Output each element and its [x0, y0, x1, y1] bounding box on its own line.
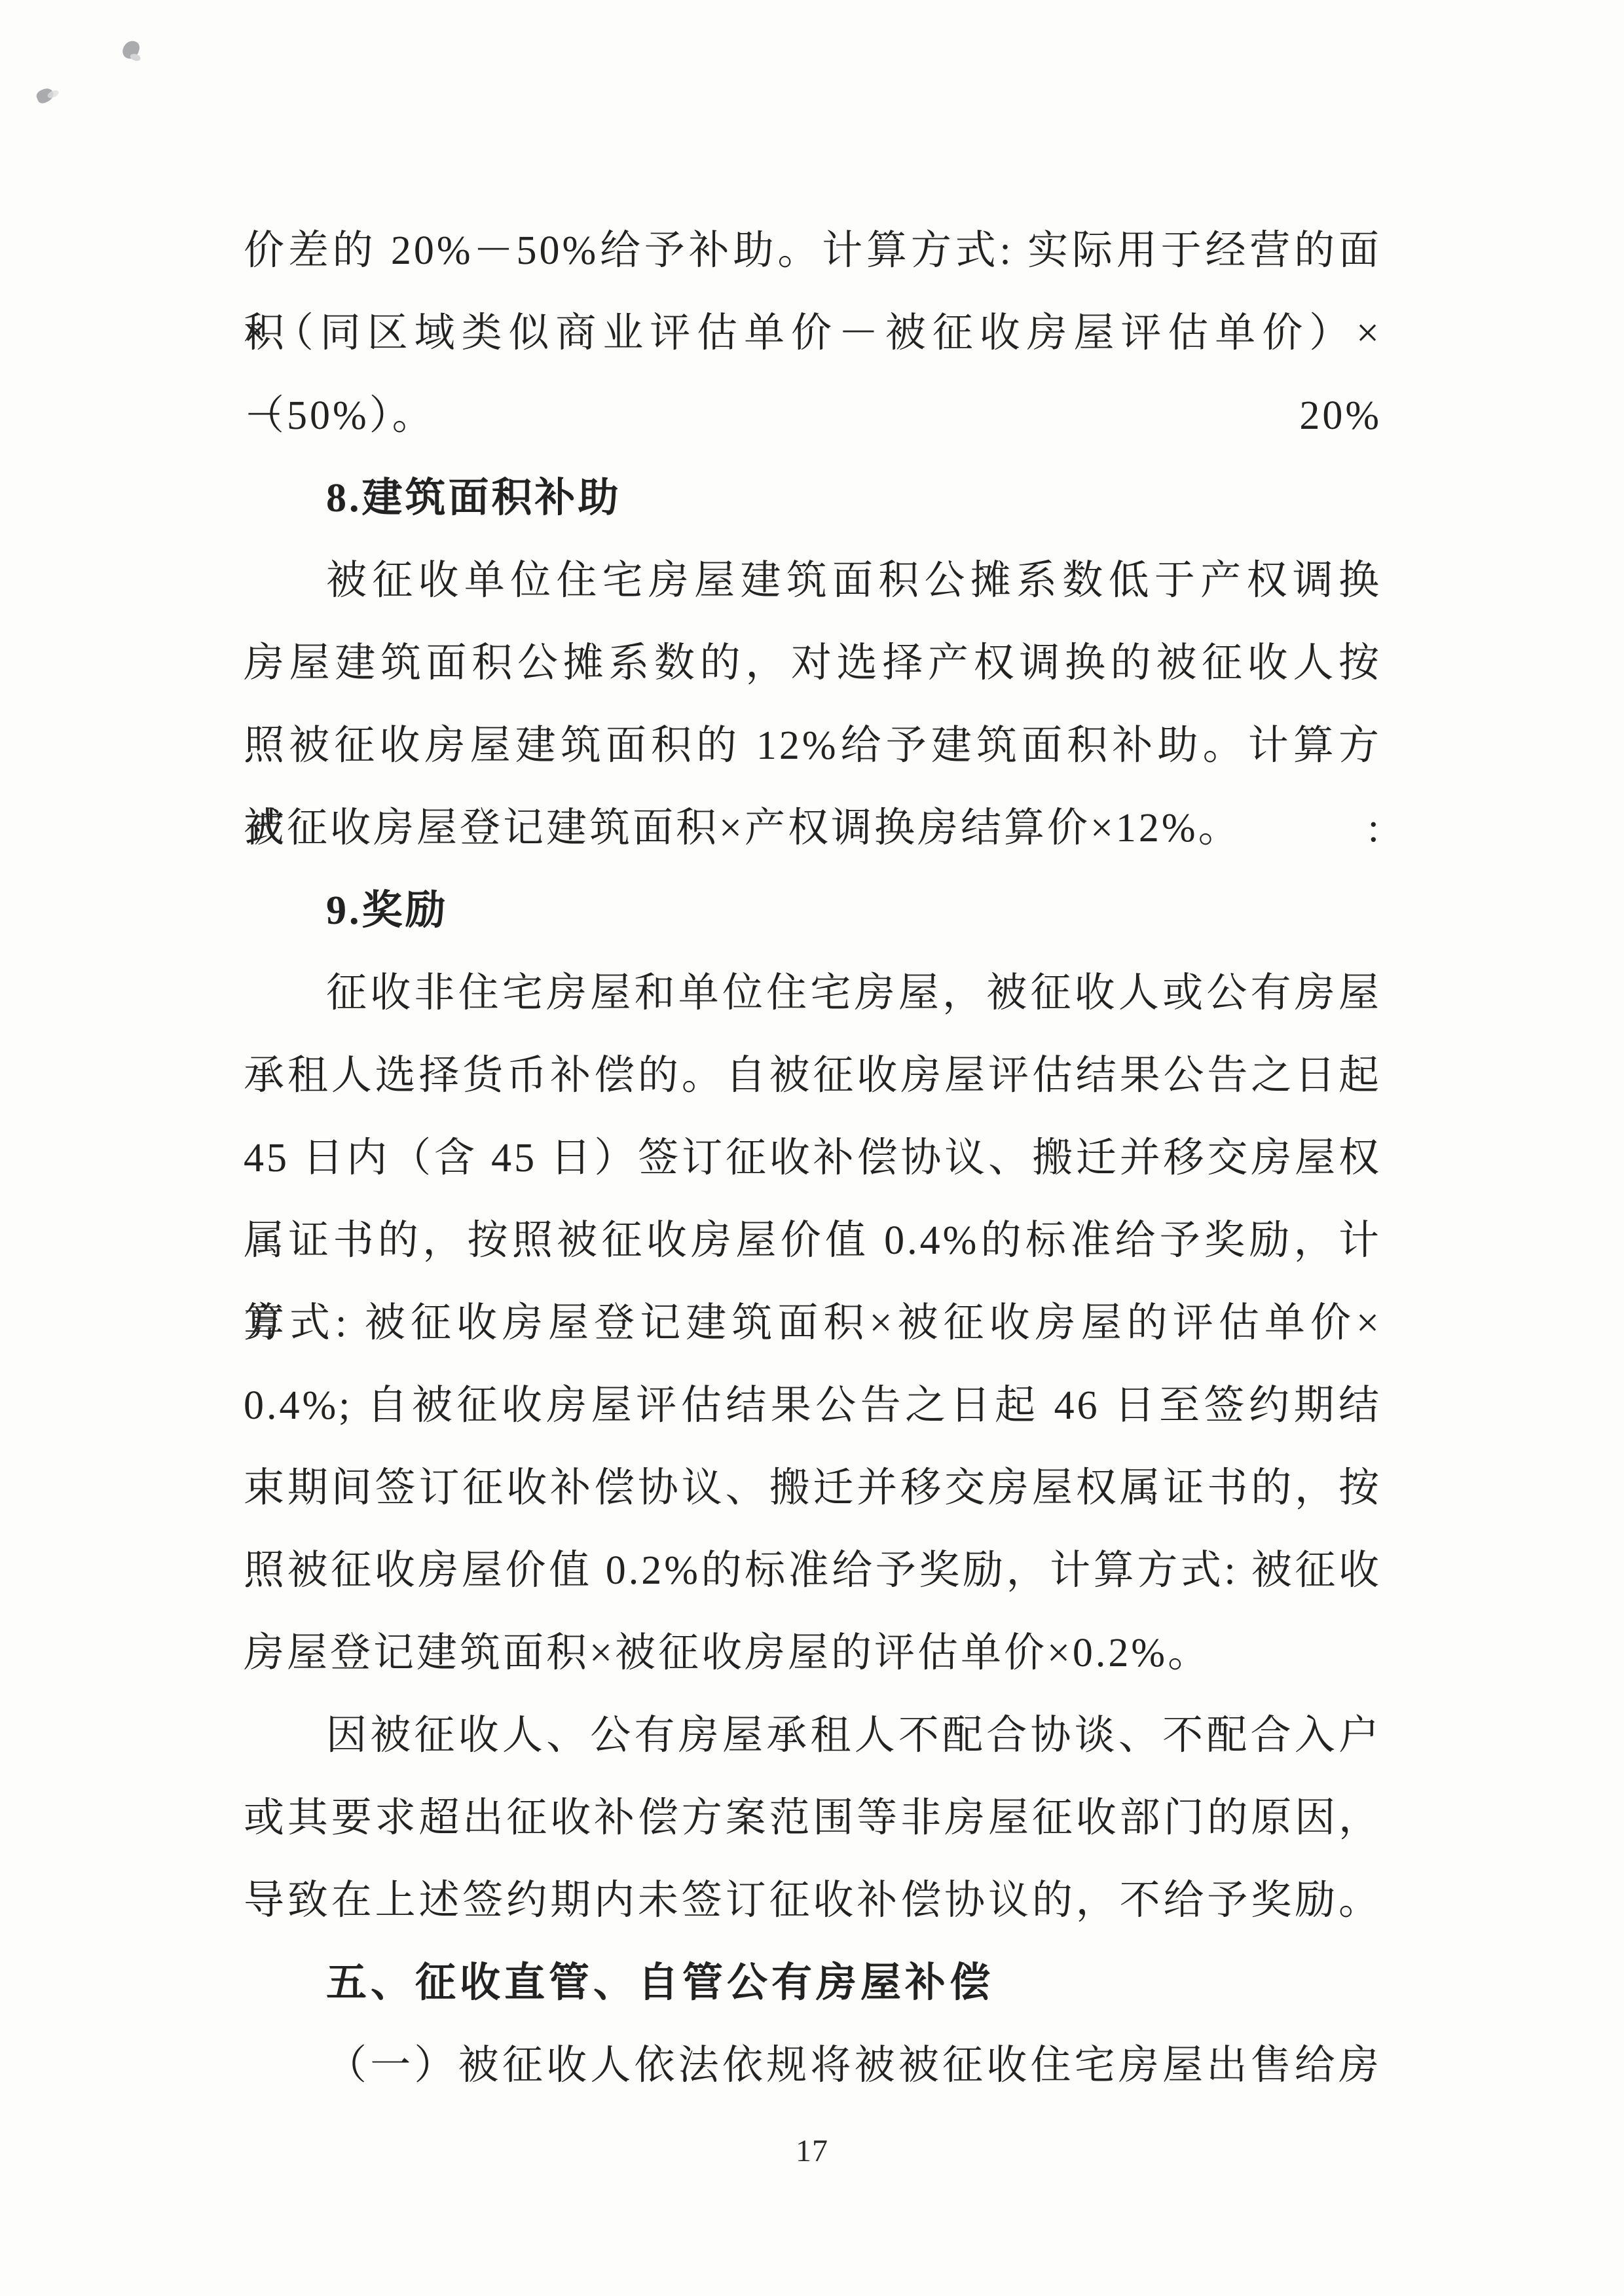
body-line-10: 45 日内（含 45 日）签订征收补偿协议、搬迁并移交房屋权 [244, 1117, 1382, 1199]
body-line-4: 被征收单位住宅房屋建筑面积公摊系数低于产权调换 [244, 539, 1382, 622]
body-line-1: 价差的 20%－50%给予补助。计算方式: 实际用于经营的面积 [244, 210, 1382, 292]
section-heading-9: 9.奖励 [244, 869, 1382, 952]
body-line-11: 属证书的，按照被征收房屋价值 0.4%的标准给予奖励，计算 [244, 1199, 1382, 1282]
body-line-6: 照被征收房屋建筑面积的 12%给予建筑面积补助。计算方式: [244, 704, 1382, 787]
body-line-14: 束期间签订征收补偿协议、搬迁并移交房屋权属证书的，按 [244, 1447, 1382, 1529]
document-body: 价差的 20%－50%给予补助。计算方式: 实际用于经营的面积 ×（同区域类似商… [244, 210, 1382, 2107]
body-line-16: 房屋登记建筑面积×被征收房屋的评估单价×0.2%。 [244, 1612, 1382, 1694]
body-line-7: 被征收房屋登记建筑面积×产权调换房结算价×12%。 [244, 787, 1382, 869]
ink-smudge [120, 39, 141, 61]
body-line-19: 导致在上述签约期内未签订征收补偿协议的，不给予奖励。 [244, 1859, 1382, 1942]
body-line-17: 因被征收人、公有房屋承租人不配合协谈、不配合入户 [244, 1694, 1382, 1777]
body-line-15: 照被征收房屋价值 0.2%的标准给予奖励，计算方式: 被征收 [244, 1529, 1382, 1612]
body-line-12: 方式: 被征收房屋登记建筑面积×被征收房屋的评估单价× [244, 1282, 1382, 1364]
body-line-8: 征收非住宅房屋和单位住宅房屋，被征收人或公有房屋 [244, 952, 1382, 1034]
section-heading-5: 五、征收直管、自管公有房屋补偿 [244, 1942, 1382, 2024]
body-line-13: 0.4%; 自被征收房屋评估结果公告之日起 46 日至签约期结 [244, 1364, 1382, 1447]
body-line-5: 房屋建筑面积公摊系数的，对选择产权调换的被征收人按 [244, 622, 1382, 704]
document-page: 价差的 20%－50%给予补助。计算方式: 实际用于经营的面积 ×（同区域类似商… [0, 0, 1624, 2296]
body-line-9: 承租人选择货币补偿的。自被征收房屋评估结果公告之日起 [244, 1034, 1382, 1117]
body-line-20: （一）被征收人依法依规将被被征收住宅房屋出售给房 [244, 2024, 1382, 2107]
body-line-18: 或其要求超出征收补偿方案范围等非房屋征收部门的原因， [244, 1777, 1382, 1859]
body-line-2: ×（同区域类似商业评估单价－被征收房屋评估单价）×（20% [244, 292, 1382, 374]
section-heading-8: 8.建筑面积补助 [244, 457, 1382, 539]
page-number: 17 [0, 2133, 1624, 2169]
ink-smudge [35, 86, 56, 105]
